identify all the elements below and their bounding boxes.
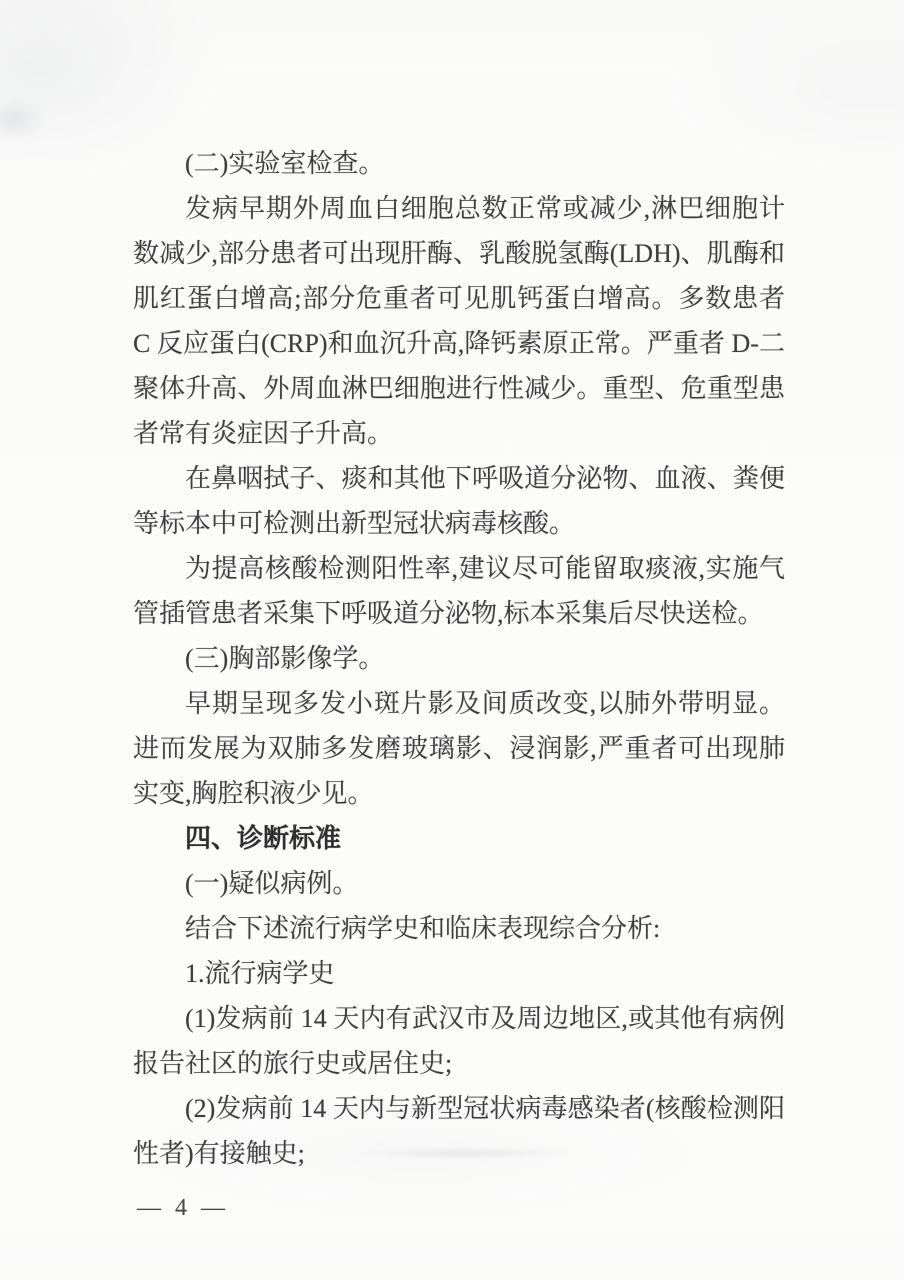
item-heading-epidemiological-history: 1.流行病学史 xyxy=(133,951,785,996)
item-1-travel-history: (1)发病前 14 天内有武汉市及周边地区,或其他有病例报告社区的旅行史或居住史… xyxy=(133,996,785,1086)
item-2-contact-history: (2)发病前 14 天内与新型冠状病毒感染者(核酸检测阳性者)有接触史; xyxy=(133,1086,785,1176)
page-number: — 4 — xyxy=(137,1191,229,1225)
scan-smudge xyxy=(0,90,60,150)
document-page: (二)实验室检查。发病早期外周血白细胞总数正常或减少,淋巴细胞计数减少,部分患者… xyxy=(0,0,904,1280)
section-heading-diagnostic-criteria: 四、诊断标准 xyxy=(133,816,785,861)
subsection-heading-lab-tests: (二)实验室检查。 xyxy=(133,141,785,186)
paragraph-lab-findings: 发病早期外周血白细胞总数正常或减少,淋巴细胞计数减少,部分患者可出现肝酶、乳酸脱… xyxy=(133,186,785,456)
paragraph-combined-analysis: 结合下述流行病学史和临床表现综合分析: xyxy=(133,906,785,951)
subsection-heading-suspected-cases: (一)疑似病例。 xyxy=(133,861,785,906)
paragraph-specimen-collection: 为提高核酸检测阳性率,建议尽可能留取痰液,实施气管插管患者采集下呼吸道分泌物,标… xyxy=(133,546,785,636)
paragraph-imaging-findings: 早期呈现多发小斑片影及间质改变,以肺外带明显。进而发展为双肺多发磨玻璃影、浸润影… xyxy=(133,681,785,816)
subsection-heading-chest-imaging: (三)胸部影像学。 xyxy=(133,636,785,681)
document-body: (二)实验室检查。发病早期外周血白细胞总数正常或减少,淋巴细胞计数减少,部分患者… xyxy=(133,141,785,1176)
paragraph-specimen-detection: 在鼻咽拭子、痰和其他下呼吸道分泌物、血液、粪便等标本中可检测出新型冠状病毒核酸。 xyxy=(133,456,785,546)
